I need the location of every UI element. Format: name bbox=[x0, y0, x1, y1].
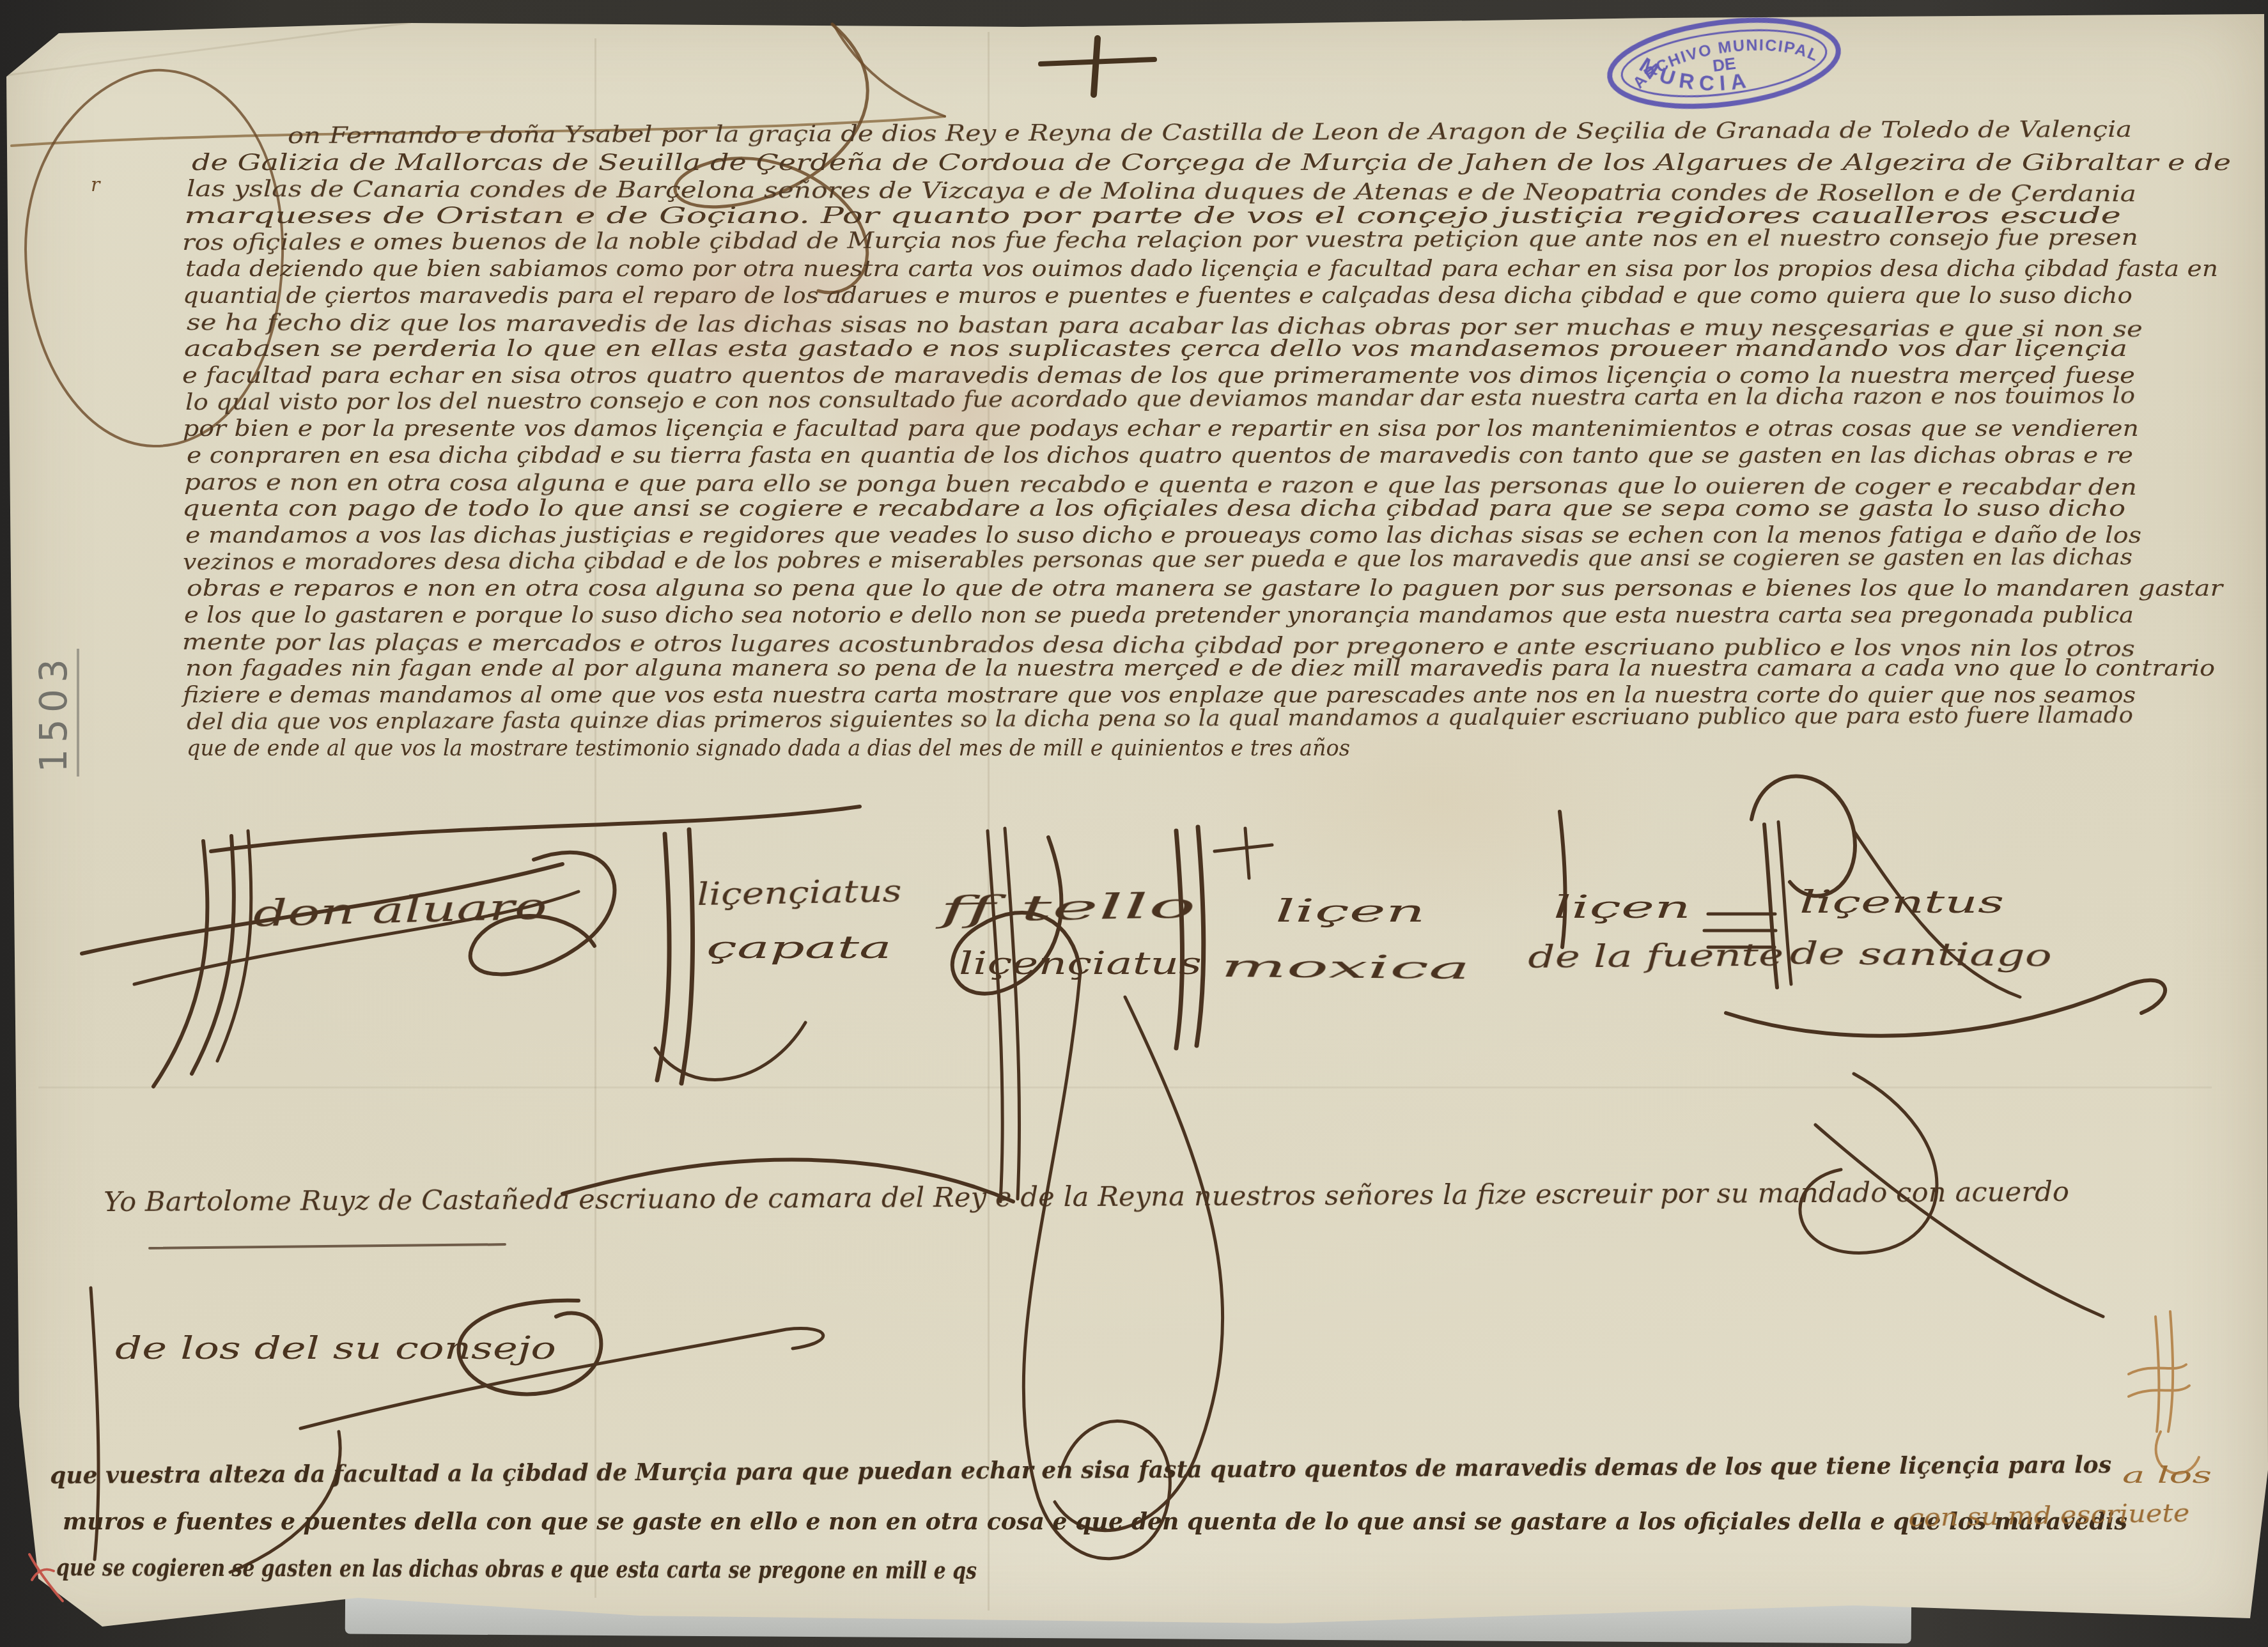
subscription-right-loop bbox=[1800, 1074, 1937, 1253]
signature-moxica-line1: liçen bbox=[1275, 893, 1425, 929]
signature2-paraph-stroke bbox=[657, 834, 669, 1080]
signature-santiago-line1: liçentus bbox=[1799, 885, 2004, 920]
signature-moxica-line2: moxica bbox=[1221, 948, 1470, 986]
signature2-paraph-stroke bbox=[681, 830, 693, 1083]
docket-line: muros e fuentes e puentes della con que … bbox=[63, 1507, 2127, 1535]
subscription-right-tail bbox=[1815, 1125, 2103, 1317]
signature-delafuente-line2: de la fuente bbox=[1528, 938, 1783, 975]
docket-side-note: con su md escriuete bbox=[1908, 1498, 2190, 1533]
signature-tello-line2: liçençiatus bbox=[959, 946, 1202, 982]
signature-zapata-line2: çapata bbox=[706, 930, 892, 966]
body-line: e conpraren en esa dicha çibdad e su tie… bbox=[187, 442, 2133, 468]
body-line: obras e reparos e non en otra cosa algun… bbox=[187, 575, 2223, 601]
signature-santiago-line2: de santiago bbox=[1790, 936, 2052, 974]
circle-inner-mark: r bbox=[91, 174, 100, 196]
signature4-paraph-stroke bbox=[1176, 831, 1182, 1048]
margin-year-text: 1503 bbox=[32, 649, 79, 777]
body-line: vezinos e moradores desa dicha çibdad e … bbox=[183, 544, 2132, 575]
body-line: que de ende al que vos la mostrare testi… bbox=[187, 735, 1350, 761]
signature1-paraph-stroke bbox=[153, 841, 207, 1086]
signature-don-alvaro: don aluaro bbox=[252, 886, 548, 935]
body-line: acabasen se perderia lo que en ellas est… bbox=[184, 336, 2127, 362]
body-line: non fagades nin fagan ende al por alguna… bbox=[185, 655, 2215, 681]
body-line: quenta con pago de todo lo que ansi se c… bbox=[182, 495, 2125, 522]
central-tall-stroke bbox=[1005, 828, 1020, 1199]
opening-paraph-tail bbox=[834, 26, 945, 116]
invocation-cross-vertical bbox=[1094, 38, 1098, 95]
body-line: tada deziendo que bien sabiamos como por… bbox=[185, 256, 2218, 282]
signature6-underline-swash bbox=[1726, 980, 2165, 1036]
right-edge-ochre-flourish bbox=[2168, 1311, 2173, 1432]
signature4-paraph-stroke bbox=[1197, 827, 1204, 1046]
body-line: quantia de çiertos maravedis para el rep… bbox=[183, 282, 2132, 309]
body-line: e los que lo gastaren e porque lo suso d… bbox=[184, 602, 2134, 628]
subscription-line2: de los del su consejo bbox=[115, 1331, 556, 1366]
signature2-bottom-loop bbox=[655, 1023, 805, 1079]
signature-zapata-line1: liçençiatus bbox=[697, 873, 902, 913]
body-line: de Galizia de Mallorcas de Seuilla de Çe… bbox=[192, 150, 2231, 176]
right-edge-ochre-flourish bbox=[2155, 1317, 2159, 1432]
margin-year-note: 1503 bbox=[32, 633, 83, 793]
consejo-tail-stroke bbox=[230, 1432, 340, 1572]
signature5-entry-stroke bbox=[1560, 812, 1565, 947]
docket-side-note: a los bbox=[2122, 1462, 2212, 1488]
body-line: por bien e por la presente vos damos liç… bbox=[183, 415, 2139, 442]
central-cascade-flourish bbox=[1055, 997, 1223, 1531]
body-line: ros ofiçiales e omes buenos de la noble … bbox=[182, 224, 2138, 256]
signature-delafuente-line1: liçen bbox=[1553, 890, 1691, 925]
docket-line: que se cogieren se gasten en las dichas … bbox=[56, 1553, 977, 1584]
scanned-document-page: ARCHIVO MUNICIPAL DE MURCIA 1503 r on Fe… bbox=[0, 0, 2268, 1647]
central-tall-stroke bbox=[988, 831, 1002, 1202]
signature-tello-line1: ff tello bbox=[940, 885, 1196, 930]
signature4-small-cross bbox=[1215, 828, 1272, 878]
signature1-top-line bbox=[211, 807, 860, 851]
